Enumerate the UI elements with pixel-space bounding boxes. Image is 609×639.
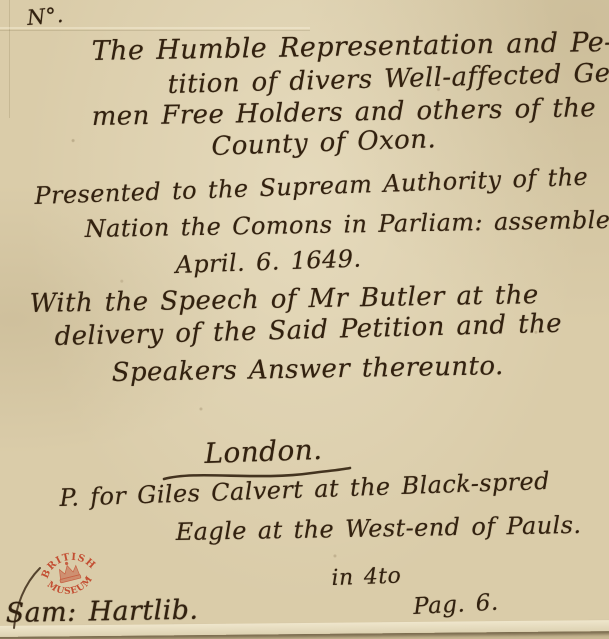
signature-ascender-flourish <box>10 566 50 630</box>
pagination-note: Pag. 6. <box>413 590 499 620</box>
imprint-place: London. <box>204 433 323 470</box>
presentation-line-2: Nation the Comons in Parliam: assembled <box>85 206 609 243</box>
speech-note-line-3: Speakers Answer thereunto. <box>111 351 503 388</box>
imprint-line-2: Eagle at the West-end of Pauls. <box>176 511 582 546</box>
paper-crease-horizontal <box>0 30 310 31</box>
shelf-number-label: N°. <box>26 3 65 30</box>
paper-crease-vertical <box>9 0 10 118</box>
presentation-line-3: April. 6. 1649. <box>175 245 362 279</box>
manuscript-page: N°. The Humble Representation and Pe- ti… <box>0 0 609 639</box>
title-line-4: County of Oxon. <box>211 124 437 162</box>
presentation-line-1: Presented to the Supream Authority of th… <box>34 163 589 210</box>
format-note: in 4to <box>331 564 402 591</box>
